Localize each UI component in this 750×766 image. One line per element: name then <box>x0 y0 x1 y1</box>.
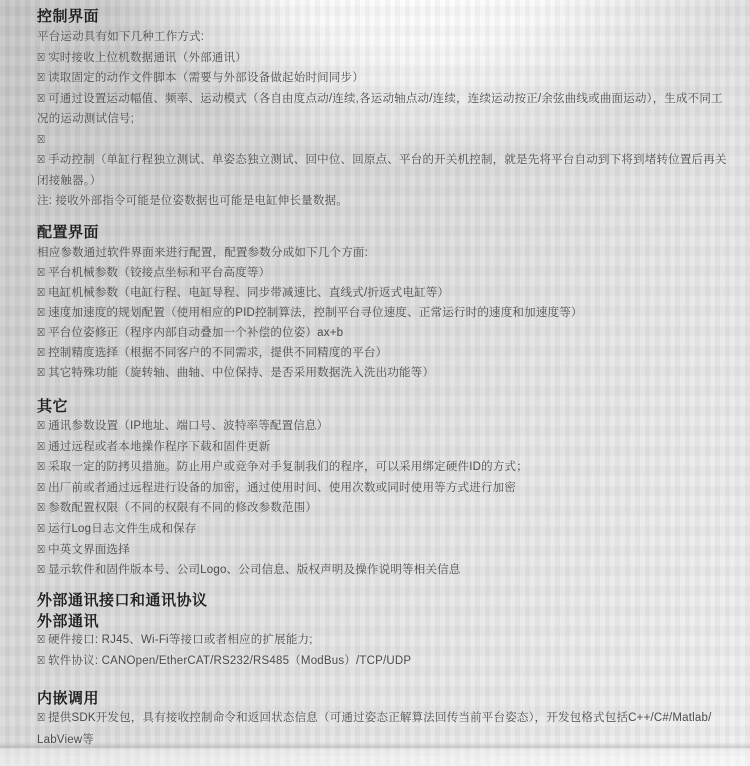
bullet-line: ☒通讯参数设置（IP地址、端口号、波特率等配置信息） <box>37 419 328 433</box>
line-text: 通过远程或者本地操作程序下载和固件更新 <box>48 441 270 453</box>
line-text: 通讯参数设置（IP地址、端口号、波特率等配置信息） <box>48 420 328 432</box>
bullet-line: ☒显示软件和固件版本号、公司Logo、公司信息、版权声明及操作说明等相关信息 <box>37 563 461 577</box>
boxed-x-bullet-icon: ☒ <box>37 71 45 85</box>
bullet-line: ☒电缸机械参数（电缸行程、电缸导程、同步带减速比、直线式/折返式电缸等） <box>37 286 449 300</box>
text-line: 况的运动测试信号; <box>37 112 134 126</box>
text-line: LabView等 <box>37 733 94 747</box>
bullet-line: ☒其它特殊功能（旋转轴、曲轴、中位保持、是否采用数据洗入洗出功能等） <box>37 366 434 380</box>
section-heading-others: 其它 <box>37 398 68 415</box>
line-text: LabView等 <box>37 734 94 746</box>
boxed-x-bullet-icon: ☒ <box>37 366 45 380</box>
bullet-line: ☒ <box>37 133 48 147</box>
line-text: 硬件接口: RJ45、Wi-Fi等接口或者相应的扩展能力; <box>48 634 313 646</box>
bullet-line: ☒平台机械参数（铰接点坐标和平台高度等） <box>37 266 270 280</box>
text-line: 注: 接收外部指令可能是位姿数据也可能是电缸伸长量数据。 <box>37 194 348 208</box>
section-heading-external-comm: 外部通讯接口和通讯协议 <box>37 592 208 609</box>
bullet-line: ☒手动控制（单缸行程独立测试、单姿态独立测试、回中位、回原点、平台的开关机控制，… <box>37 153 727 167</box>
line-text: 其它特殊功能（旋转轴、曲轴、中位保持、是否采用数据洗入洗出功能等） <box>48 367 434 379</box>
bullet-line: ☒采取一定的防拷贝措施。防止用户或竞争对手复制我们的程序，可以采用绑定硬件ID的… <box>37 460 528 474</box>
boxed-x-bullet-icon: ☒ <box>37 563 45 577</box>
line-text: 软件协议: CANOpen/EtherCAT/RS232/RS485（ModBu… <box>48 655 411 667</box>
slide-footer-highlight <box>0 748 750 766</box>
boxed-x-bullet-icon: ☒ <box>37 440 45 454</box>
line-text: 电缸机械参数（电缸行程、电缸导程、同步带减速比、直线式/折返式电缸等） <box>48 287 449 299</box>
bullet-line: ☒通过远程或者本地操作程序下载和固件更新 <box>37 440 270 454</box>
boxed-x-bullet-icon: ☒ <box>37 306 45 320</box>
boxed-x-bullet-icon: ☒ <box>37 153 45 167</box>
bullet-line: ☒读取固定的动作文件脚本（需要与外部设备做起始时间同步） <box>37 71 364 85</box>
boxed-x-bullet-icon: ☒ <box>37 266 45 280</box>
boxed-x-bullet-icon: ☒ <box>37 633 45 647</box>
text-line: 相应参数通过软件界面来进行配置，配置参数分成如下几个方面: <box>37 246 368 260</box>
boxed-x-bullet-icon: ☒ <box>37 711 45 725</box>
bullet-line: ☒硬件接口: RJ45、Wi-Fi等接口或者相应的扩展能力; <box>37 633 313 647</box>
section-heading-config-interface: 配置界面 <box>37 224 99 241</box>
line-text: 控制精度选择（根据不同客户的不同需求，提供不同精度的平台） <box>48 347 387 359</box>
line-text: 参数配置权限（不同的权限有不同的修改参数范围） <box>48 502 317 514</box>
boxed-x-bullet-icon: ☒ <box>37 51 45 65</box>
line-text: 中英文界面选择 <box>48 544 130 556</box>
line-text: 平台运动具有如下几种工作方式: <box>37 31 204 43</box>
bullet-line: ☒出厂前或者通过远程进行设备的加密，通过使用时间、使用次数或同时使用等方式进行加… <box>37 481 516 495</box>
line-text: 注: 接收外部指令可能是位姿数据也可能是电缸伸长量数据。 <box>37 195 348 207</box>
boxed-x-bullet-icon: ☒ <box>37 419 45 433</box>
bullet-line: ☒运行Log日志文件生成和保存 <box>37 522 197 536</box>
bullet-line: ☒提供SDK开发包，具有接收控制命令和返回状态信息（可通过姿态正解算法回传当前平… <box>37 711 712 725</box>
boxed-x-bullet-icon: ☒ <box>37 460 45 474</box>
text-line: 闭接触器。） <box>37 174 101 188</box>
bullet-line: ☒实时接收上位机数据通讯（外部通讯） <box>37 51 247 65</box>
section-subheading-external-comm: 外部通讯 <box>37 613 99 630</box>
bullet-line: ☒平台位姿修正（程序内部自动叠加一个补偿的位姿）ax+b <box>37 326 343 340</box>
line-text: 手动控制（单缸行程独立测试、单姿态独立测试、回中位、回原点、平台的开关机控制，就… <box>48 154 727 166</box>
line-text: 读取固定的动作文件脚本（需要与外部设备做起始时间同步） <box>48 72 364 84</box>
line-text: 提供SDK开发包，具有接收控制命令和返回状态信息（可通过姿态正解算法回传当前平台… <box>48 712 711 724</box>
section-heading-embedded-call: 内嵌调用 <box>37 690 99 707</box>
line-text: 速度加速度的规划配置（使用相应的PID控制算法，控制平台寻位速度、正常运行时的速… <box>48 307 583 319</box>
line-text: 显示软件和固件版本号、公司Logo、公司信息、版权声明及操作说明等相关信息 <box>48 564 460 576</box>
boxed-x-bullet-icon: ☒ <box>37 654 45 668</box>
section-heading-control-interface: 控制界面 <box>37 8 99 25</box>
line-text: 出厂前或者通过远程进行设备的加密，通过使用时间、使用次数或同时使用等方式进行加密 <box>48 482 516 494</box>
line-text: 况的运动测试信号; <box>37 113 134 125</box>
line-text: 相应参数通过软件界面来进行配置，配置参数分成如下几个方面: <box>37 247 368 259</box>
boxed-x-bullet-icon: ☒ <box>37 92 45 106</box>
boxed-x-bullet-icon: ☒ <box>37 481 45 495</box>
bullet-line: ☒速度加速度的规划配置（使用相应的PID控制算法，控制平台寻位速度、正常运行时的… <box>37 306 583 320</box>
line-text: 闭接触器。） <box>37 175 101 187</box>
boxed-x-bullet-icon: ☒ <box>37 286 45 300</box>
line-text: 可通过设置运动幅值、频率、运动模式（各自由度点动/连续,各运动轴点动/连续，连续… <box>48 93 723 105</box>
boxed-x-bullet-icon: ☒ <box>37 133 45 147</box>
bullet-line: ☒可通过设置运动幅值、频率、运动模式（各自由度点动/连续,各运动轴点动/连续，连… <box>37 92 723 106</box>
text-line: 平台运动具有如下几种工作方式: <box>37 30 204 44</box>
boxed-x-bullet-icon: ☒ <box>37 346 45 360</box>
line-text: 平台位姿修正（程序内部自动叠加一个补偿的位姿）ax+b <box>48 327 343 339</box>
line-text: 平台机械参数（铰接点坐标和平台高度等） <box>48 267 270 279</box>
slide-page: 控制界面平台运动具有如下几种工作方式:☒实时接收上位机数据通讯（外部通讯）☒读取… <box>0 0 750 766</box>
line-text: 实时接收上位机数据通讯（外部通讯） <box>48 52 247 64</box>
line-text: 采取一定的防拷贝措施。防止用户或竞争对手复制我们的程序，可以采用绑定硬件ID的方… <box>48 461 528 473</box>
line-text: 运行Log日志文件生成和保存 <box>48 523 197 535</box>
boxed-x-bullet-icon: ☒ <box>37 501 45 515</box>
boxed-x-bullet-icon: ☒ <box>37 326 45 340</box>
boxed-x-bullet-icon: ☒ <box>37 543 45 557</box>
boxed-x-bullet-icon: ☒ <box>37 522 45 536</box>
bullet-line: ☒控制精度选择（根据不同客户的不同需求，提供不同精度的平台） <box>37 346 387 360</box>
bullet-line: ☒软件协议: CANOpen/EtherCAT/RS232/RS485（ModB… <box>37 654 411 668</box>
bullet-line: ☒参数配置权限（不同的权限有不同的修改参数范围） <box>37 501 317 515</box>
bullet-line: ☒中英文界面选择 <box>37 543 130 557</box>
